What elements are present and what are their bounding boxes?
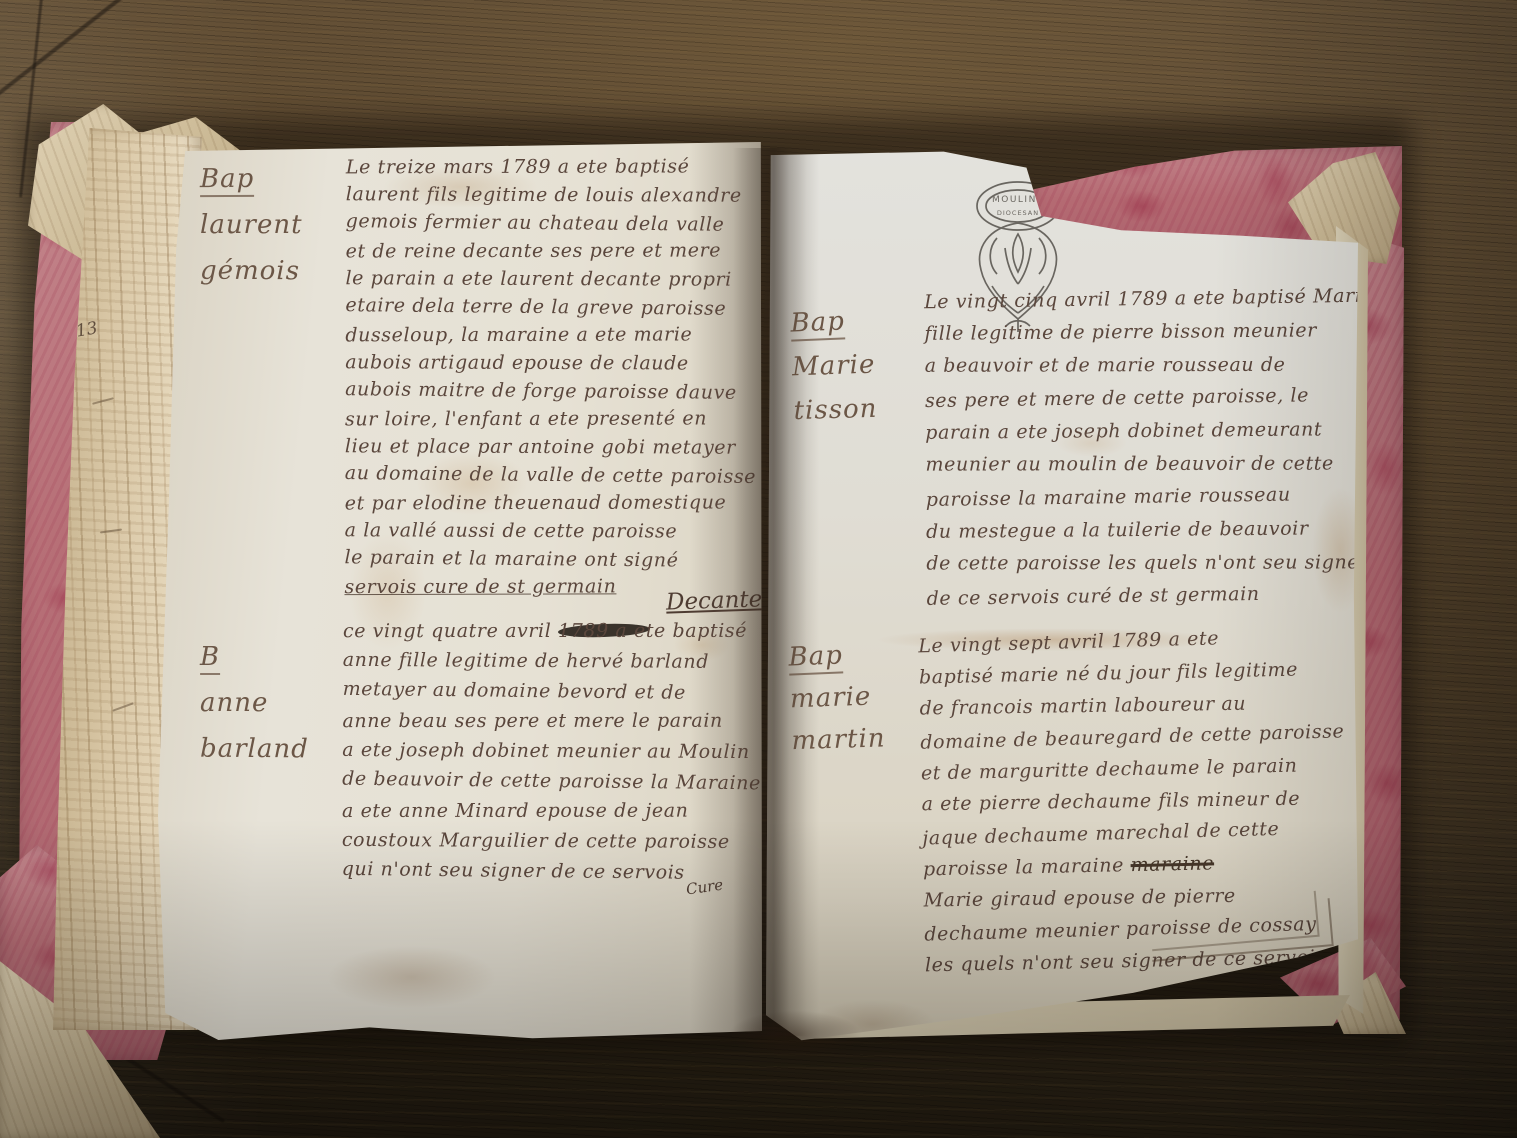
stub-ink-mark [92, 397, 114, 405]
manuscript-line: paroisse la maraine marie rousseau [926, 484, 1291, 511]
baptism-entry-marie-martin: Le vingt sept avril 1789 a etebaptisé ma… [918, 625, 1348, 634]
manuscript-line: fille legitime de pierre bisson meunier [924, 319, 1317, 344]
manuscript-line: anne beau ses pere et mere le parain [342, 710, 722, 732]
manuscript-line: anne fille legitime de hervé barland [343, 649, 709, 673]
margin-note-marie-tisson: BapMarietisson [790, 304, 930, 309]
manuscript-line: gemois fermier au chateau dela valle [346, 210, 725, 236]
manuscript-line: Le vingt sept avril 1789 a ete [918, 627, 1219, 657]
right-page: MOULINS DIOCESAN troi me BapMarietisson … [766, 148, 1358, 1042]
margin-word: martin [791, 723, 886, 756]
margin-word: Bap [200, 164, 254, 197]
stub-ink-mark [112, 702, 133, 711]
stub-folio-number: 13 [74, 318, 99, 341]
left-page: Baplaurentgémois Le treize mars 1789 a e… [158, 142, 762, 1040]
margin-word: marie [790, 682, 872, 715]
manuscript-line: a ete pierre dechaume fils mineur de [921, 788, 1300, 816]
manuscript-line: a ete joseph dobinet meunier au Moulin [342, 739, 750, 763]
manuscript-line: parain a ete joseph dobinet demeurant [925, 418, 1322, 443]
manuscript-line: jaque dechaume marechal de cette [922, 818, 1280, 850]
margin-word: tisson [793, 394, 878, 426]
stub-ink-mark [100, 528, 122, 533]
manuscript-line: le parain et la maraine ont signé [344, 546, 678, 571]
struck-word: maraine [1130, 852, 1214, 876]
manuscript-line: meunier au moulin de beauvoir de cette [926, 453, 1334, 476]
manuscript-line: a ete anne Minard epouse de jean [342, 800, 688, 822]
margin-word: Marie [792, 350, 876, 383]
manuscript-line: a la vallé aussi de cette paroisse [345, 519, 678, 542]
manuscript-line: qui n'ont seu signer de ce servois [342, 858, 685, 884]
manuscript-line: ses pere et mere de cette paroisse, le [925, 384, 1309, 412]
manuscript-line: servois cure de st germain [344, 575, 616, 598]
manuscript-line: a beauvoir et de marie rousseau de [925, 354, 1286, 377]
manuscript-line: metayer au domaine bevord et de [343, 678, 686, 704]
manuscript-line: et par elodine theuenaud domestique [345, 491, 727, 514]
manuscript-line: de beauvoir de cette paroisse la Maraine [342, 768, 761, 795]
signature-cure: Cure [685, 875, 724, 898]
manuscript-line: de francois martin laboureur au [919, 693, 1246, 720]
manuscript-line: et de marguritte dechaume le parain [921, 755, 1298, 785]
margin-word: Bap [788, 640, 844, 675]
margin-word: anne [200, 688, 268, 718]
manuscript-line: sur loire, l'enfant a ete presenté en [345, 407, 707, 430]
manuscript-line: domaine de beauregard de cette paroisse [920, 720, 1345, 753]
table-plank-seam [0, 0, 168, 99]
manuscript-line: de ce servois curé de st germain [927, 583, 1260, 610]
margin-word: B [200, 642, 220, 675]
manuscript-line: paroisse la maraine maraine [923, 852, 1215, 880]
manuscript-line: coustoux Marguilier de cette paroisse [342, 829, 730, 853]
margin-word: gémois [200, 256, 300, 287]
margin-word: barland [200, 734, 309, 765]
manuscript-line: aubois artigaud epouse de claude [345, 351, 689, 374]
manuscript-line: Le treize mars 1789 a ete baptisé [346, 155, 690, 178]
manuscript-line: dusseloup, la maraine a ete marie [345, 323, 692, 346]
manuscript-line: le parain a ete laurent decante propri [345, 267, 731, 290]
manuscript-line: lieu et place par antoine gobi metayer [345, 435, 736, 458]
margin-note-marie-martin: Bapmariemartin [788, 638, 928, 643]
manuscript-line: laurent fils legitime de louis alexandre [346, 183, 742, 206]
manuscript-line: au domaine de la valle de cette paroisse [345, 462, 756, 488]
manuscript-line: et de reine decante ses pere et mere [346, 239, 722, 262]
manuscript-line: de cette paroisse les quels n'ont seu si… [926, 551, 1368, 574]
margin-word: laurent [200, 210, 303, 240]
signature-decante: Decante [666, 586, 763, 615]
manuscript-line: baptisé marie né du jour fils legitime [919, 659, 1299, 689]
baptism-entry-anne-barland: ce vingt quatre avril 1789 a ete baptisé… [343, 619, 758, 621]
margin-word: Bap [790, 306, 846, 341]
manuscript-line: du mestegue a la tuilerie de beauvoir [926, 518, 1309, 543]
manuscript-line: etaire dela terre de la greve paroisse [345, 294, 726, 320]
manuscript-line: ce vingt quatre avril 1789 a ete baptisé [343, 620, 747, 642]
manuscript-line: aubois maitre de forge paroisse dauve [345, 378, 737, 404]
stamp-bottom-text: DIOCESAN [997, 209, 1039, 217]
